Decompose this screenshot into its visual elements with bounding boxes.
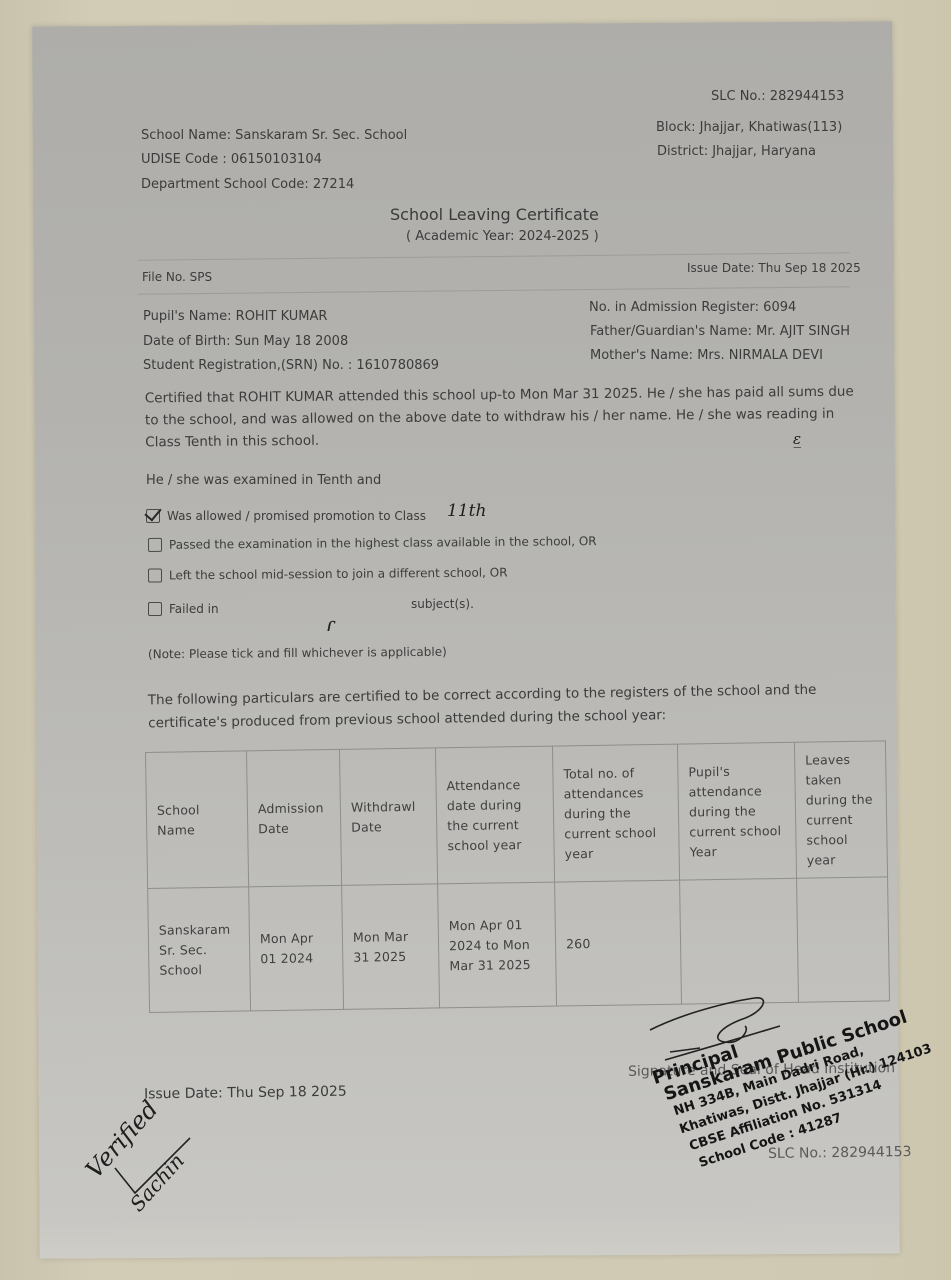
certification-paragraph: Certified that ROHIT KUMAR attended this… xyxy=(145,381,856,454)
school-name: School Name: Sanskaram Sr. Sec. School xyxy=(141,128,407,143)
failed-subjects-suffix: subject(s). xyxy=(411,597,474,611)
cell-total-attendances: 260 xyxy=(555,880,682,1006)
slc-number-bottom: SLC No.: 282944153 xyxy=(768,1144,912,1162)
header-pupil-attendance: Pupil's attendance during the current sc… xyxy=(677,742,796,880)
checkbox-icon[interactable] xyxy=(148,602,162,616)
issue-date-bottom: Issue Date: Thu Sep 18 2025 xyxy=(144,1084,347,1103)
district: District: Jhajjar, Haryana xyxy=(657,144,816,159)
department-school-code: Department School Code: 27214 xyxy=(141,177,354,192)
mother-name: Mother's Name: Mrs. NIRMALA DEVI xyxy=(590,348,823,363)
date-of-birth: Date of Birth: Sun May 18 2008 xyxy=(143,334,348,349)
checkbox-checked-icon[interactable] xyxy=(146,509,160,523)
option-label: Left the school mid-session to join a di… xyxy=(169,565,508,582)
cell-withdrawal-date: Mon Mar 31 2025 xyxy=(342,884,440,1009)
header-admission-date: Admission Date xyxy=(246,749,341,886)
block: Block: Jhajjar, Khatiwas(113) xyxy=(656,120,842,135)
option-failed[interactable]: Failed in xyxy=(148,602,219,616)
option-label: Failed in xyxy=(169,602,219,616)
particulars-table: School Name Admission Date Withdrawl Dat… xyxy=(145,740,890,1013)
academic-year: ( Academic Year: 2024-2025 ) xyxy=(406,229,599,244)
examined-text: He / she was examined in Tenth and xyxy=(146,473,381,488)
checkbox-icon[interactable] xyxy=(148,538,162,552)
admission-register-no: No. in Admission Register: 6094 xyxy=(589,300,796,315)
header-school-name: School Name xyxy=(146,751,249,889)
srn-number: Student Registration,(SRN) No. : 1610780… xyxy=(143,358,439,373)
cell-admission-date: Mon Apr 01 2024 xyxy=(249,885,344,1010)
handwritten-mark: ɛ̲ xyxy=(793,430,801,448)
note: (Note: Please tick and fill whichever is… xyxy=(148,645,447,662)
option-label: Was allowed / promised promotion to Clas… xyxy=(167,509,426,523)
handwritten-class: 11th xyxy=(447,501,486,521)
checkbox-icon[interactable] xyxy=(148,568,162,582)
udise-code: UDISE Code : 06150103104 xyxy=(141,152,322,167)
slc-number: SLC No.: 282944153 xyxy=(711,89,844,104)
cell-leaves-taken xyxy=(797,877,890,1002)
pupil-name: Pupil's Name: ROHIT KUMAR xyxy=(143,309,327,324)
certificate-title: School Leaving Certificate xyxy=(390,205,599,224)
cell-school-name: Sanskaram Sr. Sec. School xyxy=(148,887,251,1013)
table-header-row: School Name Admission Date Withdrawl Dat… xyxy=(146,741,888,889)
header-total-attendances: Total no. of attendances during the curr… xyxy=(552,744,679,882)
header-withdrawal-date: Withdrawl Date xyxy=(339,748,437,885)
father-name: Father/Guardian's Name: Mr. AJIT SINGH xyxy=(590,324,850,339)
verified-check-mark xyxy=(110,1128,200,1198)
header-leaves-taken: Leaves taken during the current school y… xyxy=(794,741,887,878)
handwritten-stroke: ɾ xyxy=(326,612,335,636)
cell-pupil-attendance xyxy=(680,878,799,1004)
header-attendance-date: Attendance date during the current schoo… xyxy=(435,746,554,884)
option-promotion[interactable]: Was allowed / promised promotion to Clas… xyxy=(146,509,486,523)
cell-attendance-period: Mon Apr 01 2024 to Mon Mar 31 2025 xyxy=(438,882,557,1008)
issue-date-top: Issue Date: Thu Sep 18 2025 xyxy=(687,261,861,275)
file-number: File No. SPS xyxy=(142,270,212,284)
